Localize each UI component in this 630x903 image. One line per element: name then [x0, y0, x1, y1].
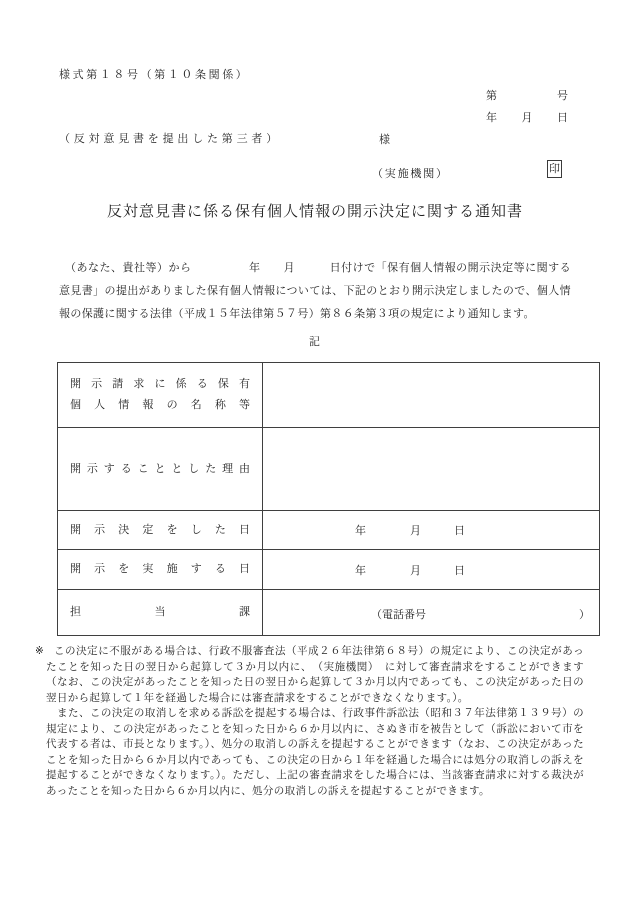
- recipient-honorific: 様: [379, 131, 390, 147]
- note-paragraph-lawsuit: また、この決定の取消しを求める訴訟を提起する場合は、行政事件訴訟法（昭和３７年法…: [46, 706, 584, 799]
- table-row-disclosure-reason: 開示することとした理由: [58, 428, 600, 511]
- document-page: 様式第１８号（第１０条関係） 第 号 年 月 日 （反対意見書を提出した第三者）…: [0, 0, 630, 903]
- value-cell-responsible-division: （電話番号 ）: [263, 590, 600, 636]
- label-line: 開示を実施する日: [70, 559, 250, 580]
- label-line: 担当課: [70, 602, 250, 623]
- label-cell-implementation-date: 開示を実施する日: [58, 550, 263, 590]
- note-paragraph-appeal: この決定に不服がある場合は、行政不服審査法（平成２６年法律第６８号）の規定により…: [46, 644, 584, 706]
- label-cell-responsible-division: 担当課: [58, 590, 263, 636]
- issue-date-line: 年 月 日: [486, 109, 568, 125]
- document-title: 反対意見書に係る保有個人情報の開示決定に関する通知書: [0, 200, 630, 221]
- label-cell-decision-date: 開示決定をした日: [58, 511, 263, 550]
- phone-label-close: ）: [579, 606, 590, 622]
- value-cell-decision-date: 年 月 日: [263, 511, 600, 550]
- label-cell-disclosure-reason: 開示することとした理由: [58, 428, 263, 511]
- value-cell-disclosure-reason: [263, 428, 600, 511]
- value-cell-implementation-date: 年 月 日: [263, 550, 600, 590]
- notes-section: ※ この決定に不服がある場合は、行政不服審査法（平成２６年法律第６８号）の規定に…: [35, 644, 584, 799]
- doc-number-suffix: 号: [557, 87, 568, 103]
- phone-label-open: （電話番号: [371, 606, 426, 622]
- doc-number-prefix: 第: [486, 87, 497, 103]
- form-number: 様式第１８号（第１０条関係）: [59, 66, 249, 82]
- label-line: 開示することとした理由: [70, 459, 250, 480]
- form-table: 開示請求に係る保有 個人情報の名称等 開示することとした理由 開示決定をした日 …: [57, 362, 600, 636]
- date-year-label: 年: [486, 109, 497, 125]
- label-line: 個人情報の名称等: [70, 395, 250, 416]
- document-number-line: 第 号: [486, 87, 568, 103]
- table-row-information-name: 開示請求に係る保有 個人情報の名称等: [58, 363, 600, 428]
- date-day-label: 日: [557, 109, 568, 125]
- body-paragraph: （あなた、貴社等）から 年 月 日付けで「保有個人情報の開示決定等に関する意見書…: [59, 257, 571, 326]
- value-cell-information-name: [263, 363, 600, 428]
- seal-mark: 印: [547, 160, 562, 178]
- table-row-decision-date: 開示決定をした日 年 月 日: [58, 511, 600, 550]
- phone-number-line: （電話番号 ）: [371, 606, 590, 622]
- record-marker: 記: [0, 333, 630, 349]
- date-month-label: 月: [522, 109, 533, 125]
- issuer-label: （実施機関）: [372, 165, 449, 181]
- label-line: 開示決定をした日: [70, 520, 250, 541]
- label-line: 開示請求に係る保有: [70, 374, 250, 395]
- label-cell-information-name: 開示請求に係る保有 個人情報の名称等: [58, 363, 263, 428]
- table-row-implementation-date: 開示を実施する日 年 月 日: [58, 550, 600, 590]
- note-asterisk-marker: ※: [35, 644, 44, 660]
- recipient-label: （反対意見書を提出した第三者）: [59, 130, 281, 146]
- table-row-responsible-division: 担当課 （電話番号 ）: [58, 590, 600, 636]
